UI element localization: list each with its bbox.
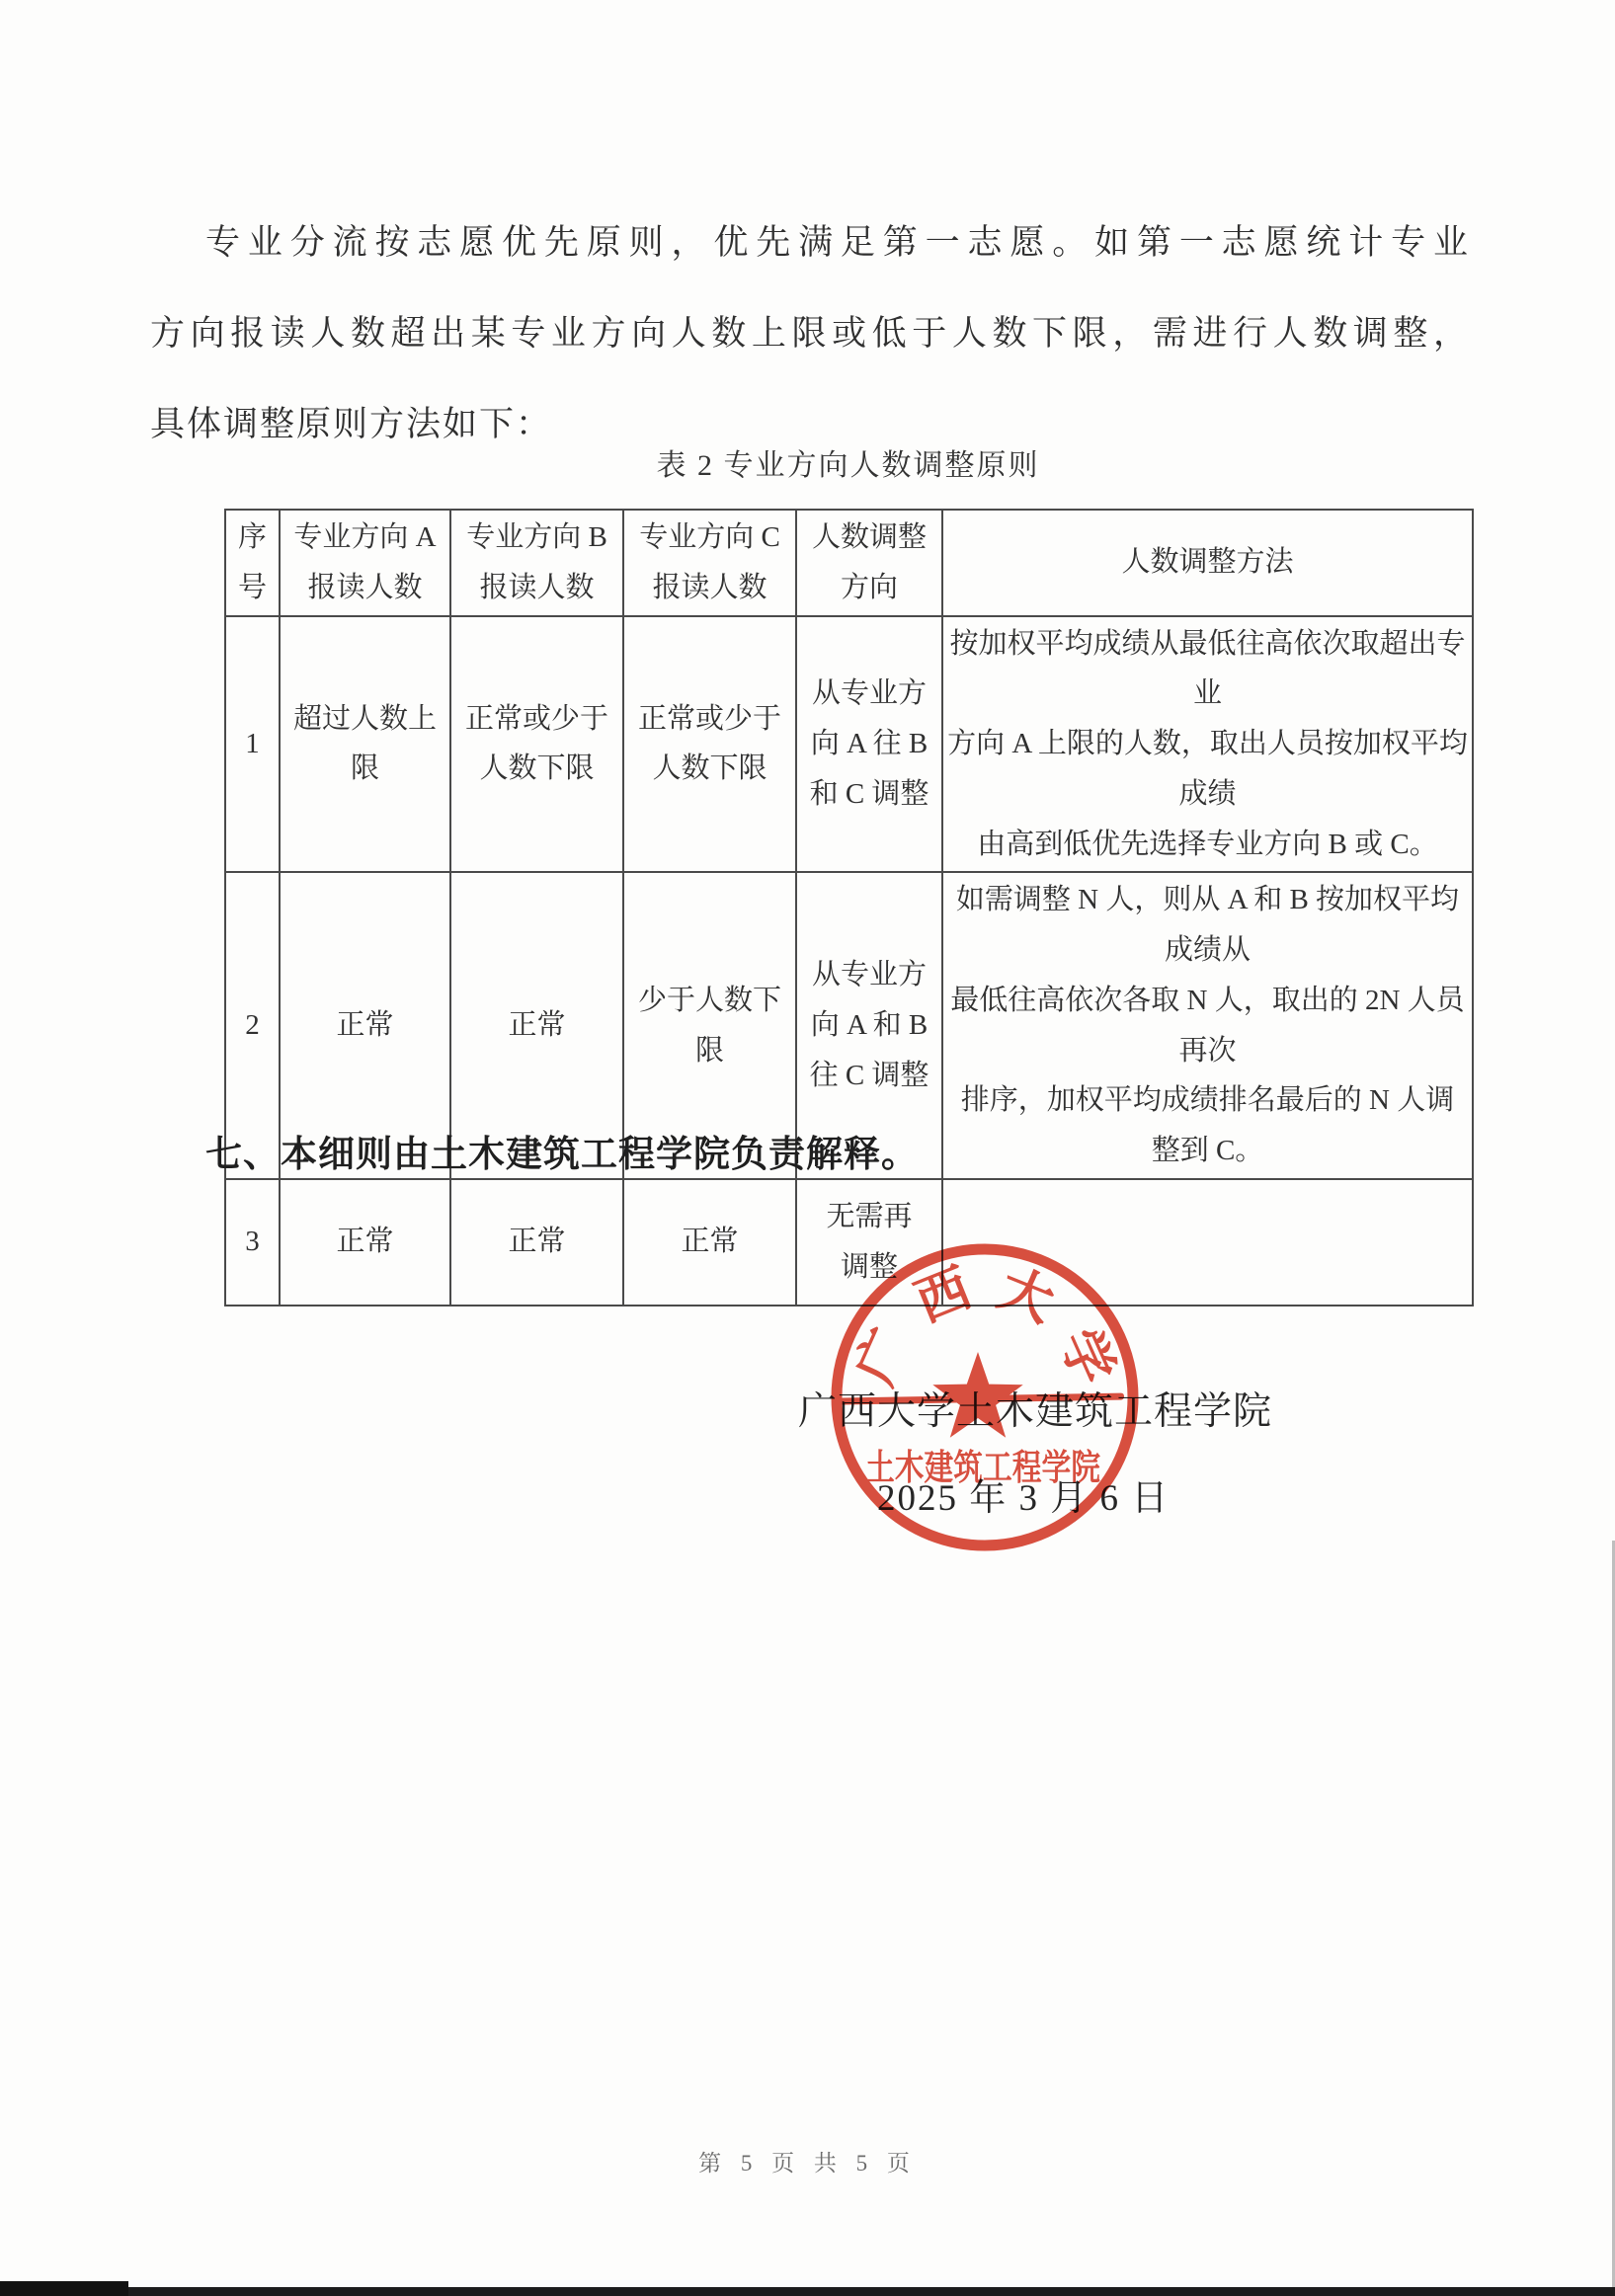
cell-method: 按加权平均成绩从最低往高依次取超出专业 方向 A 上限的人数，取出人员按加权平均…: [942, 616, 1473, 873]
cell-major-a: 超过人数上 限: [280, 616, 450, 873]
paragraph-line-2: 方向报读人数超出某专业方向人数上限或低于人数下限，需进行人数调整，: [150, 288, 1470, 379]
star-icon: [932, 1352, 1022, 1438]
scan-artifact-corner: [0, 2281, 128, 2296]
body-paragraph: 专业分流按志愿优先原则，优先满足第一志愿。如第一志愿统计专业 方向报读人数超出某…: [150, 198, 1470, 470]
cell-major-b: 正常或少于 人数下限: [450, 616, 623, 873]
paragraph-line-1: 专业分流按志愿优先原则，优先满足第一志愿。如第一志愿统计专业: [150, 198, 1470, 288]
cell-major-b: 正常: [450, 1179, 623, 1306]
cell-major-c: 正常: [623, 1179, 796, 1306]
cell-major-c: 正常或少于 人数下限: [623, 616, 796, 873]
cell-index: 3: [225, 1179, 280, 1306]
table-caption: 表 2 专业方向人数调整原则: [224, 440, 1472, 484]
col-header-major-b: 专业方向 B 报读人数: [450, 510, 623, 616]
section-7-heading: 七、本细则由土木建筑工程学院负责解释。: [150, 1124, 1474, 1177]
seal-inner-text: 土木建筑工程学院: [865, 1448, 1100, 1487]
col-header-major-c: 专业方向 C 报读人数: [623, 510, 796, 616]
cell-direction: 从专业方 向 A 往 B 和 C 调整: [796, 616, 942, 873]
page-number: 第 5 页 共 5 页: [0, 2145, 1615, 2177]
cell-index: 1: [225, 616, 280, 873]
col-header-index: 序 号: [225, 510, 280, 616]
table-row-1: 1 超过人数上 限 正常或少于 人数下限 正常或少于 人数下限 从专业方 向 A…: [225, 616, 1473, 873]
official-seal-stamp: 广 西 大 学 土木建筑工程学院: [820, 1234, 1156, 1570]
scan-artifact-bottom-edge: [0, 2287, 1615, 2296]
col-header-method: 人数调整方法: [942, 510, 1473, 616]
col-header-major-a: 专业方向 A 报读人数: [280, 510, 450, 616]
adjustment-rules-table: 序 号 专业方向 A 报读人数 专业方向 B 报读人数 专业方向 C 报读人数 …: [224, 509, 1474, 1306]
cell-major-a: 正常: [280, 1179, 450, 1306]
col-header-direction: 人数调整 方向: [796, 510, 942, 616]
document-page: 专业分流按志愿优先原则，优先满足第一志愿。如第一志愿统计专业 方向报读人数超出某…: [0, 0, 1615, 2296]
table-header-row: 序 号 专业方向 A 报读人数 专业方向 B 报读人数 专业方向 C 报读人数 …: [225, 510, 1473, 616]
